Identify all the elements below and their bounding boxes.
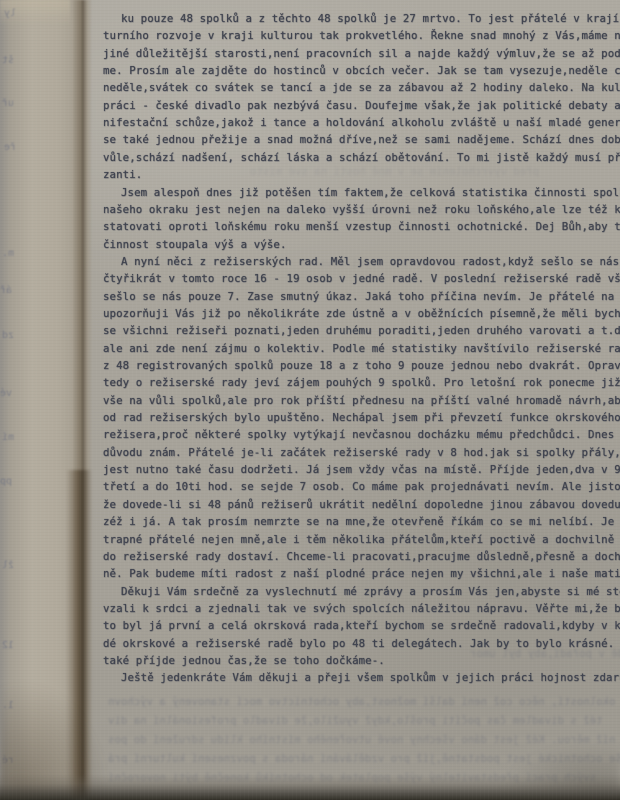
margin-bleed-mark: žl bbox=[2, 560, 14, 571]
typewritten-line: jiné důležitější starosti,není pracovníc… bbox=[103, 47, 620, 61]
typewritten-line: Děkuji Vám srdečně za vyslechnutí mé zpr… bbox=[121, 585, 620, 599]
typewritten-line: práci - české divadlo pak nezbývá času. … bbox=[103, 99, 620, 113]
typewritten-line: jest nutno také času dodržeti. Já jsem v… bbox=[103, 463, 620, 477]
typewritten-line: vůle,schází nadšení, schází láska a schá… bbox=[103, 151, 620, 165]
typewritten-line: třetí a do 10ti hod. se sejde 7 osob. Co… bbox=[103, 480, 620, 494]
page-bottom-edge bbox=[0, 774, 620, 800]
margin-bleed-mark: ře bbox=[4, 142, 16, 153]
typewritten-line: od rad režiserských bylo upuštěno. Nechá… bbox=[103, 411, 620, 425]
typewritten-line: sešlo se nás pouze 7. Zase smutný úkaz. … bbox=[103, 290, 620, 304]
typewritten-line: turního rozvoje v kraji kulturou tak pro… bbox=[103, 29, 620, 43]
typewritten-line: režisera,proč některé spolky vytýkají ne… bbox=[103, 428, 620, 442]
typewritten-line: se také jednou přežije a snad možná dřív… bbox=[103, 133, 620, 147]
typewritten-line: čtyřikrát v tomto roce 16 - 19 osob v je… bbox=[103, 272, 620, 286]
typewritten-line: zanti. bbox=[103, 168, 142, 182]
typewritten-line: zéž i já. A tak prosím nemrzte se na mne… bbox=[103, 515, 620, 529]
bleed-through-line: před vyvrcholením se v mně hostí na své … bbox=[250, 166, 539, 178]
typewritten-line: A nyní něci z režiserských rad. Měl jsem… bbox=[121, 255, 619, 269]
typewritten-line: nifestační schůze,jakož i tance a holdov… bbox=[103, 116, 620, 130]
typewritten-line: vzali k srdci a zjednali tak ve svých sp… bbox=[103, 602, 620, 616]
typewritten-line: ně. Pak budeme míti radost z naší plodné… bbox=[103, 567, 620, 581]
typewritten-line: tedy o režiserské rady jeví zájem pouhýc… bbox=[103, 376, 620, 390]
typewritten-line: se všichni režiseři poznati,jeden druhém… bbox=[103, 324, 620, 338]
margin-bleed-mark: 12 bbox=[2, 640, 14, 651]
margin-bleed-mark: ář bbox=[0, 285, 12, 296]
typewritten-line: důvodu znám. Přátelé je-li začátek režis… bbox=[103, 446, 620, 460]
margin-bleed-mark: št bbox=[2, 55, 14, 66]
margin-bleed-mark: m. bbox=[2, 248, 14, 259]
typewritten-line: trapné přátelé nejen mně,ale i těm někol… bbox=[103, 533, 620, 547]
typewritten-line: činnost stoupala výš a výše. bbox=[103, 238, 287, 252]
margin-bleed-mark: mí bbox=[2, 432, 14, 443]
typewritten-line: našeho okraku jest nejen na daleko vyšší… bbox=[103, 203, 620, 217]
typewritten-line: dé okrskové a režiserské radě bylo po 48… bbox=[103, 637, 620, 651]
typewritten-line: upozorňuji Vás již po několikráte zde ús… bbox=[103, 307, 620, 321]
document-page: lyštuřřem.ářzdvémíppžl121.ré tak krátkou… bbox=[0, 0, 620, 800]
typewritten-line: do režiserské rady dostaví. Chceme-li pr… bbox=[103, 550, 620, 564]
bleed-through-line: též s divadlem čas počíti prošlo,když vy… bbox=[108, 715, 602, 727]
bleed-through-line: okolností, něco což není další možnost,a… bbox=[108, 696, 615, 708]
margin-bleed-mark: ly bbox=[4, 8, 16, 19]
typewritten-line: z 48 registrovaných spolků pouze 18 a z … bbox=[103, 359, 620, 373]
typewritten-line: vše na vůli spolků,ale pro rok příští př… bbox=[103, 394, 620, 408]
typewritten-line: Ještě jedenkráte Vám děkuji a přeji všem… bbox=[121, 671, 620, 685]
typewritten-line: Jsem alespoň dnes již potěšen tím faktem… bbox=[121, 186, 620, 200]
typewritten-line: neděle,svátek co svátek se tancí a jde s… bbox=[103, 81, 620, 95]
margin-bleed-mark: uř bbox=[2, 98, 14, 109]
typewritten-line: že dovede-li si 48 pánů režiserů ukrátit… bbox=[103, 498, 620, 512]
margin-bleed-mark: vé bbox=[0, 388, 12, 399]
typewritten-line: ale ani zde není zájmu o kolektiv. Podle… bbox=[103, 342, 620, 356]
typewritten-line: to byl já první a celá okrsková rada,kte… bbox=[103, 619, 620, 633]
typewritten-line: me. Prosím ale zajděte do hostinců v obc… bbox=[103, 64, 620, 78]
typewritten-line: statovati oproti loňskému roku menší vze… bbox=[103, 220, 620, 234]
typewritten-line: také příjde jednou čas,že se toho dočkám… bbox=[103, 654, 385, 668]
typewritten-line: ku pouze 48 spolků a z těchto 48 spolků … bbox=[121, 12, 620, 26]
margin-bleed-mark: pp bbox=[0, 476, 12, 487]
margin-bleed-mark: zd bbox=[2, 330, 14, 341]
